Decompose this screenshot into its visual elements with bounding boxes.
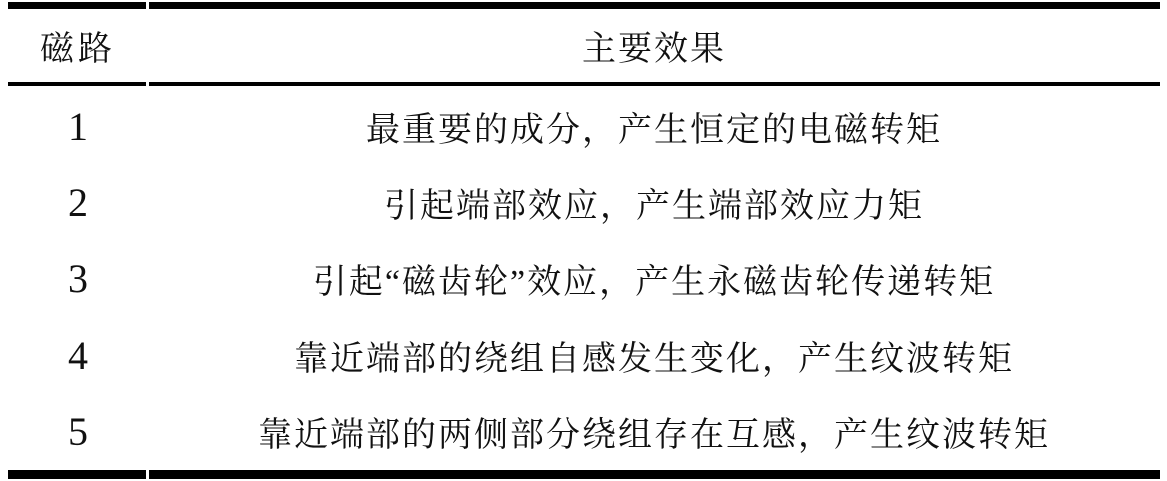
header-cell-main-effect: 主要效果 [148, 21, 1160, 70]
table-row: 1 最重要的成分，产生恒定的电磁转矩 [8, 88, 1160, 164]
row-number: 4 [8, 332, 148, 379]
header-cell-magnetic-circuit: 磁路 [8, 21, 148, 70]
row-number: 3 [8, 255, 148, 302]
table-row: 4 靠近端部的绕组自感发生变化，产生纹波转矩 [8, 317, 1160, 393]
table-row: 2 引起端部效应，产生端部效应力矩 [8, 164, 1160, 240]
table-row: 5 靠近端部的两侧部分绕组存在互感，产生纹波转矩 [8, 393, 1160, 470]
row-effect-text: 引起端部效应，产生端部效应力矩 [148, 178, 1160, 227]
row-effect-text: 靠近端部的绕组自感发生变化，产生纹波转矩 [148, 331, 1160, 380]
table-row: 3 引起“磁齿轮”效应，产生永磁齿轮传递转矩 [8, 240, 1160, 317]
row-effect-text: 引起“磁齿轮”效应，产生永磁齿轮传递转矩 [148, 254, 1160, 303]
table-top-rule [8, 2, 1160, 9]
table-header-rule [8, 82, 1160, 86]
row-number: 5 [8, 408, 148, 455]
row-number: 2 [8, 179, 148, 226]
scanned-table-page: 磁路 主要效果 1 最重要的成分，产生恒定的电磁转矩 2 引起端部效应，产生端部… [0, 0, 1167, 481]
table-header-row: 磁路 主要效果 [8, 9, 1160, 82]
row-number: 1 [8, 103, 148, 150]
magnetic-circuit-effects-table: 磁路 主要效果 1 最重要的成分，产生恒定的电磁转矩 2 引起端部效应，产生端部… [8, 0, 1160, 481]
table-bottom-rule [8, 470, 1160, 479]
row-effect-text: 靠近端部的两侧部分绕组存在互感，产生纹波转矩 [148, 407, 1160, 456]
row-effect-text: 最重要的成分，产生恒定的电磁转矩 [148, 102, 1160, 151]
